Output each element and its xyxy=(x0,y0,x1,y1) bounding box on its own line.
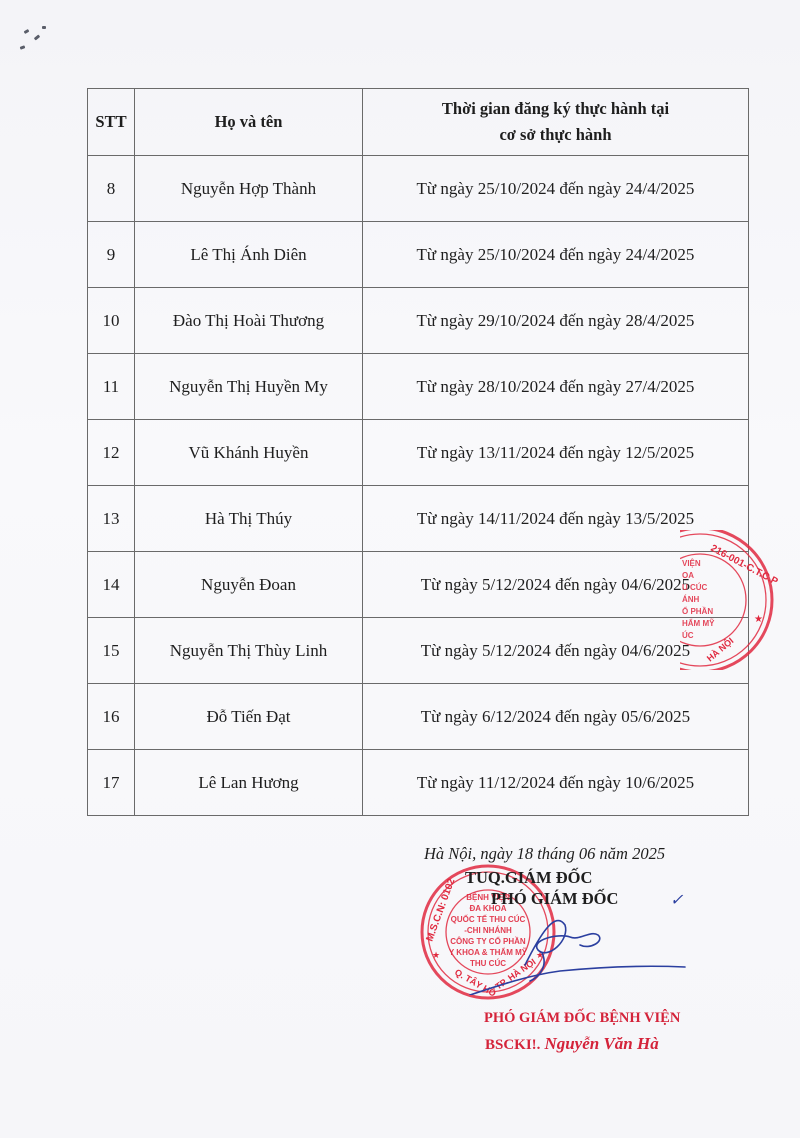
cell-name: Lê Thị Ánh Diên xyxy=(135,222,363,288)
place-and-date: Hà Nội, ngày 18 tháng 06 năm 2025 xyxy=(424,844,665,864)
header-time-line1: Thời gian đăng ký thực hành tại xyxy=(363,96,748,122)
cell-name: Nguyễn Thị Thùy Linh xyxy=(135,618,363,684)
cell-period: Từ ngày 13/11/2024 đến ngày 12/5/2025 xyxy=(363,420,749,486)
cell-period: Từ ngày 29/10/2024 đến ngày 28/4/2025 xyxy=(363,288,749,354)
seal-text-line: U CÚC xyxy=(682,583,708,592)
cell-stt: 10 xyxy=(88,288,135,354)
table-row: 15Nguyễn Thị Thùy LinhTừ ngày 5/12/2024 … xyxy=(88,618,749,684)
svg-text:★: ★ xyxy=(754,614,763,625)
registration-table: STT Họ và tên Thời gian đăng ký thực hàn… xyxy=(87,88,749,816)
table-row: 12Vũ Khánh HuyềnTừ ngày 13/11/2024 đến n… xyxy=(88,420,749,486)
header-stt: STT xyxy=(88,89,135,156)
handwritten-signature xyxy=(430,905,690,995)
header-name: Họ và tên xyxy=(135,89,363,156)
cell-stt: 12 xyxy=(88,420,135,486)
cell-period: Từ ngày 6/12/2024 đến ngày 05/6/2025 xyxy=(363,684,749,750)
seal-text-line: Ổ PHẦN xyxy=(682,606,713,616)
stamp-signer-name: BSCKI!.Nguyễn Văn Hà xyxy=(485,1034,659,1054)
table-row: 13Hà Thị ThúyTừ ngày 14/11/2024 đến ngày… xyxy=(88,486,749,552)
cell-period: Từ ngày 25/10/2024 đến ngày 24/4/2025 xyxy=(363,156,749,222)
cell-stt: 14 xyxy=(88,552,135,618)
seal-text-line: ÁNH xyxy=(682,595,700,604)
cell-name: Đỗ Tiến Đạt xyxy=(135,684,363,750)
cell-stt: 17 xyxy=(88,750,135,816)
table-row: 10Đào Thị Hoài ThươngTừ ngày 29/10/2024 … xyxy=(88,288,749,354)
table-row: 9Lê Thị Ánh DiênTừ ngày 25/10/2024 đến n… xyxy=(88,222,749,288)
cell-name: Hà Thị Thúy xyxy=(135,486,363,552)
stamp-signer-title: PHÓ GIÁM ĐỐC BỆNH VIỆN xyxy=(484,1010,680,1027)
table-row: 17Lê Lan HươngTừ ngày 11/12/2024 đến ngà… xyxy=(88,750,749,816)
cell-period: Từ ngày 25/10/2024 đến ngày 24/4/2025 xyxy=(363,222,749,288)
cell-stt: 9 xyxy=(88,222,135,288)
table-header-row: STT Họ và tên Thời gian đăng ký thực hàn… xyxy=(88,89,749,156)
cell-stt: 16 xyxy=(88,684,135,750)
table-row: 16Đỗ Tiến ĐạtTừ ngày 6/12/2024 đến ngày … xyxy=(88,684,749,750)
header-time: Thời gian đăng ký thực hành tại cơ sở th… xyxy=(363,89,749,156)
seal-text-line: OA xyxy=(682,571,694,580)
svg-text:216-001-C.T.C.P: 216-001-C.T.C.P xyxy=(709,543,780,588)
table-row: 14Nguyễn ĐoanTừ ngày 5/12/2024 đến ngày … xyxy=(88,552,749,618)
cell-name: Đào Thị Hoài Thương xyxy=(135,288,363,354)
signer-title-line1: TUQ.GIÁM ĐỐC xyxy=(465,868,592,888)
scan-artifact-marks xyxy=(20,22,60,52)
cell-name: Nguyễn Hợp Thành xyxy=(135,156,363,222)
seal-text-line: VIỆN xyxy=(682,559,701,568)
seal-text-line: ÚC xyxy=(682,631,694,640)
cell-period: Từ ngày 11/12/2024 đến ngày 10/6/2025 xyxy=(363,750,749,816)
stamp-signer-prefix: BSCKI!. xyxy=(485,1037,540,1053)
document-page: STT Họ và tên Thời gian đăng ký thực hàn… xyxy=(0,0,800,1138)
partial-seal-stamp: VIỆNOAU CÚCÁNHỔ PHẦNHẨM MỸÚC 216-001-C.T… xyxy=(680,530,780,670)
cell-stt: 13 xyxy=(88,486,135,552)
header-time-line2: cơ sở thực hành xyxy=(363,122,748,148)
cell-name: Vũ Khánh Huyền xyxy=(135,420,363,486)
cell-stt: 15 xyxy=(88,618,135,684)
svg-text:HÀ NỘI: HÀ NỘI xyxy=(704,635,735,664)
cell-name: Lê Lan Hương xyxy=(135,750,363,816)
stamp-signer-fullname: Nguyễn Văn Hà xyxy=(544,1034,658,1053)
cell-name: Nguyễn Đoan xyxy=(135,552,363,618)
cell-name: Nguyễn Thị Huyền My xyxy=(135,354,363,420)
table-row: 11Nguyễn Thị Huyền MyTừ ngày 28/10/2024 … xyxy=(88,354,749,420)
cell-period: Từ ngày 28/10/2024 đến ngày 27/4/2025 xyxy=(363,354,749,420)
seal-text-line: HẨM MỸ xyxy=(682,619,715,628)
table-row: 8Nguyễn Hợp ThànhTừ ngày 25/10/2024 đến … xyxy=(88,156,749,222)
cell-stt: 11 xyxy=(88,354,135,420)
cell-stt: 8 xyxy=(88,156,135,222)
